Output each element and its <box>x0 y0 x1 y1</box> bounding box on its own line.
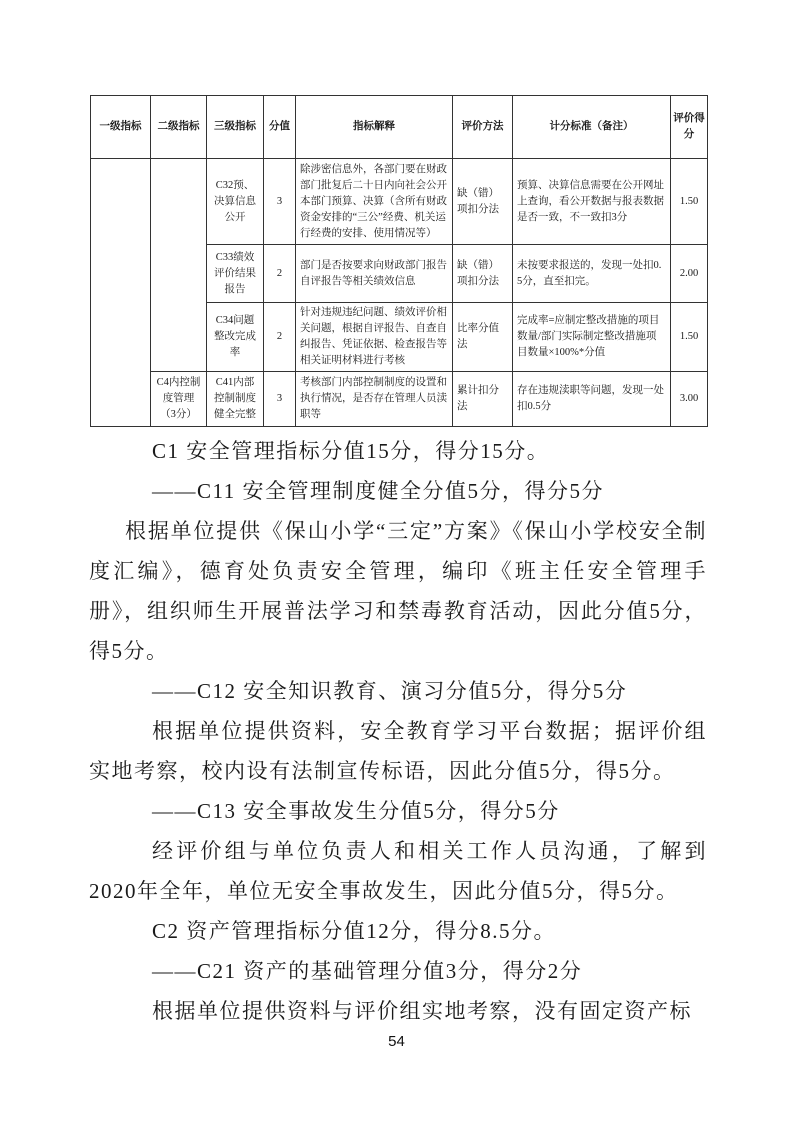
table-header-row: 一级指标 二级指标 三级指标 分值 指标解释 评价方法 计分标准（备注） 评价得… <box>91 96 708 159</box>
table-row: C32预、决算信息公开 3 除涉密信息外，各部门要在财政部门批复后二十日内向社会… <box>91 159 708 245</box>
cell-explanation: 考核部门内部控制制度的设置和执行情况，是否存在管理人员渎职等 <box>296 372 453 427</box>
cell-standard: 存在违规渎职等问题，发现一处扣0.5分 <box>513 372 671 427</box>
cell-points: 2 <box>264 303 296 372</box>
col-header-score: 评价得分 <box>671 96 708 159</box>
cell-level3-indicator: C32预、决算信息公开 <box>207 159 264 245</box>
cell-explanation: 除涉密信息外，各部门要在财政部门批复后二十日内向社会公开本部门预算、决算（含所有… <box>296 159 453 245</box>
col-header-points: 分值 <box>264 96 296 159</box>
cell-standard: 未按要求报送的，发现一处扣0.5分，直至扣完。 <box>513 245 671 303</box>
cell-level2-indicator: C4内控制度管理（3分） <box>151 372 207 427</box>
paragraph-c1-summary: C1 安全管理指标分值15分，得分15分。 <box>89 431 707 471</box>
paragraph-c12-detail: 根据单位提供资料，安全教育学习平台数据；据评价组实地考察，校内设有法制宣传标语，… <box>89 711 707 791</box>
col-header-level2-indicator: 二级指标 <box>151 96 207 159</box>
cell-explanation: 针对违规违纪问题、绩效评价相关问题，根据自评报告、自查自纠报告、凭证依据、检查报… <box>296 303 453 372</box>
cell-score: 1.50 <box>671 159 708 245</box>
cell-score: 3.00 <box>671 372 708 427</box>
cell-score: 2.00 <box>671 245 708 303</box>
col-header-explanation: 指标解释 <box>296 96 453 159</box>
cell-points: 2 <box>264 245 296 303</box>
cell-method: 比率分值法 <box>453 303 513 372</box>
cell-method: 缺（错）项扣分法 <box>453 245 513 303</box>
cell-explanation: 部门是否按要求向财政部门报告自评报告等相关绩效信息 <box>296 245 453 303</box>
paragraph-c13-heading: ——C13 安全事故发生分值5分，得分5分 <box>89 791 707 831</box>
col-header-level1-indicator: 一级指标 <box>91 96 151 159</box>
cell-level1-indicator <box>91 159 151 427</box>
cell-points: 3 <box>264 372 296 427</box>
col-header-method: 评价方法 <box>453 96 513 159</box>
cell-method: 累计扣分法 <box>453 372 513 427</box>
evaluation-indicator-table: 一级指标 二级指标 三级指标 分值 指标解释 评价方法 计分标准（备注） 评价得… <box>90 95 708 427</box>
cell-standard: 预算、决算信息需要在公开网址上查询，看公开数据与报表数据是否一致，不一致扣3分 <box>513 159 671 245</box>
paragraph-c13-detail: 经评价组与单位负责人和相关工作人员沟通，了解到2020年全年，单位无安全事故发生… <box>89 831 707 911</box>
paragraph-c11-detail: 根据单位提供《保山小学“三定”方案》《保山小学校安全制度汇编》，德育处负责安全管… <box>89 511 707 671</box>
cell-method: 缺（错）项扣分法 <box>453 159 513 245</box>
paragraph-c12-heading: ——C12 安全知识教育、演习分值5分，得分5分 <box>89 671 707 711</box>
cell-points: 3 <box>264 159 296 245</box>
paragraph-c2-summary: C2 资产管理指标分值12分，得分8.5分。 <box>89 911 707 951</box>
cell-level3-indicator: C41内部控制制度健全完整 <box>207 372 264 427</box>
paragraph-c21-heading: ——C21 资产的基础管理分值3分，得分2分 <box>89 951 707 991</box>
document-page: 一级指标 二级指标 三级指标 分值 指标解释 评价方法 计分标准（备注） 评价得… <box>0 0 793 1122</box>
col-header-scoring-standard: 计分标准（备注） <box>513 96 671 159</box>
paragraph-c21-detail: 根据单位提供资料与评价组实地考察，没有固定资产标 <box>89 991 707 1031</box>
cell-level3-indicator: C33绩效评价结果报告 <box>207 245 264 303</box>
report-body-text: C1 安全管理指标分值15分，得分15分。 ——C11 安全管理制度健全分值5分… <box>89 431 707 1031</box>
table-row: C4内控制度管理（3分） C41内部控制制度健全完整 3 考核部门内部控制制度的… <box>91 372 708 427</box>
cell-level3-indicator: C34问题整改完成率 <box>207 303 264 372</box>
col-header-level3-indicator: 三级指标 <box>207 96 264 159</box>
page-number: 54 <box>0 1033 793 1050</box>
cell-standard: 完成率=应制定整改措施的项目数量/部门实际制定整改措施项目数量×100%*分值 <box>513 303 671 372</box>
paragraph-c11-heading: ——C11 安全管理制度健全分值5分，得分5分 <box>89 471 707 511</box>
cell-score: 1.50 <box>671 303 708 372</box>
cell-level2-indicator <box>151 159 207 372</box>
